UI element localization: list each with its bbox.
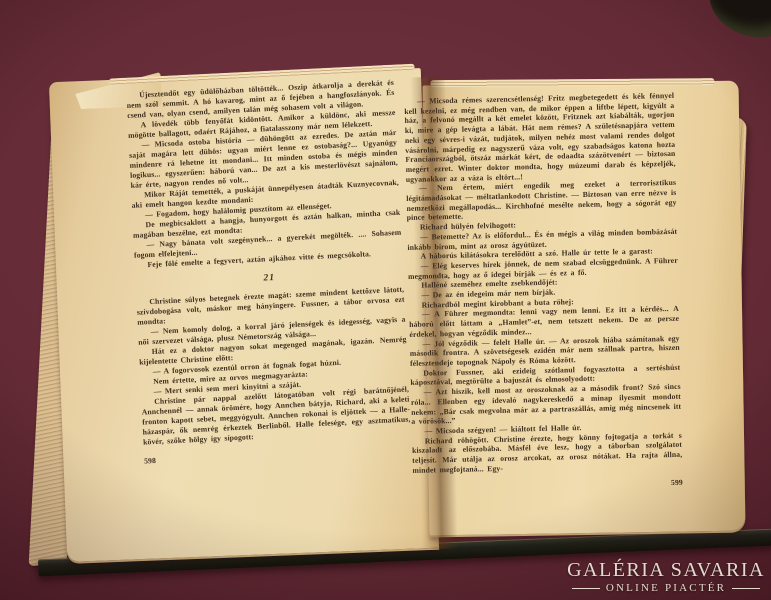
watermark-rule-right: [732, 588, 760, 589]
watermark-subtitle-text: ONLINE PIACTÉR: [606, 581, 726, 595]
paragraph: — Micsoda rémes szerencsétlenség! Fritz …: [404, 91, 676, 184]
watermark-subtitle: ONLINE PIACTÉR: [567, 581, 765, 595]
background-dark-object: [701, 0, 771, 48]
watermark-title: GALÉRIA SAVARIA: [567, 559, 765, 581]
watermark-rule-left: [572, 588, 600, 589]
right-page-text-column: — Micsoda rémes szerencsétlenség! Fritz …: [404, 91, 683, 494]
left-page-text-column: Újesztendőt egy üdülőházban töltötték...…: [126, 78, 412, 467]
galeria-savaria-watermark: GALÉRIA SAVARIA ONLINE PIACTÉR: [567, 559, 765, 595]
paragraph: Richard röhögött. Christine érezte, hogy…: [412, 430, 683, 475]
photo-background: Újesztendőt egy üdülőházban töltötték...…: [0, 0, 771, 600]
paragraph: — Nem értem, miért engedik meg ezeket a …: [406, 178, 677, 223]
paragraph: — Azt hiszik, kell most az oroszoknak az…: [411, 382, 682, 427]
open-book: Újesztendőt egy üdülőházban töltötték...…: [30, 55, 755, 575]
